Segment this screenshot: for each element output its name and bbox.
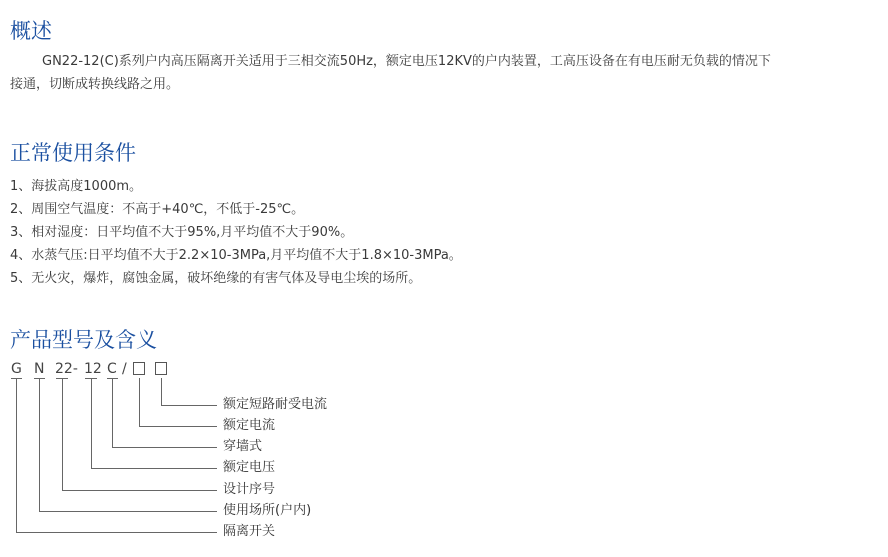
condition-item: 2、周围空气温度：不高于+40℃，不低于-25℃。 xyxy=(10,202,304,218)
model-title: 产品型号及含义 xyxy=(10,328,157,352)
label-rated-current: 额定电流 xyxy=(223,418,275,434)
condition-item: 4、水蒸气压:日平均值不大于2.2×10-3MPa,月平均值不大于1.8×10-… xyxy=(10,248,462,264)
stem-switch xyxy=(16,378,17,532)
label-rated-voltage: 额定电压 xyxy=(223,460,275,476)
leader xyxy=(161,405,217,406)
label-design-number: 设计序号 xyxy=(223,482,275,498)
label-wall-type: 穿墙式 xyxy=(223,439,262,455)
leader xyxy=(39,511,217,512)
code-part-series: 22- xyxy=(55,361,78,377)
overview-text-line1: GN22-12(C)系列户内高压隔离开关适用于三相交流50Hz，额定电压12KV… xyxy=(42,54,771,70)
stem-short-circuit xyxy=(161,378,162,405)
overview-title: 概述 xyxy=(10,19,52,43)
conditions-title: 正常使用条件 xyxy=(10,141,136,165)
label-short-circuit-current: 额定短路耐受电流 xyxy=(223,397,327,413)
code-box-current xyxy=(133,362,145,375)
label-isolating-switch: 隔离开关 xyxy=(223,524,275,540)
leader xyxy=(16,532,217,533)
code-part-c: C xyxy=(107,361,117,377)
code-box-short-circuit xyxy=(155,362,167,375)
overview-text-line2: 接通，切断成转换线路之用。 xyxy=(10,77,179,93)
stem-voltage xyxy=(91,378,92,468)
stem-wall xyxy=(112,378,113,447)
stem-place xyxy=(39,378,40,511)
code-part-slash: / xyxy=(122,361,127,377)
condition-item: 3、相对湿度：日平均值不大于95%,月平均值不大于90%。 xyxy=(10,225,353,241)
code-part-n: N xyxy=(34,361,44,377)
leader xyxy=(62,490,217,491)
label-usage-place: 使用场所(户内) xyxy=(223,503,311,519)
stem-current xyxy=(139,378,140,426)
stem-design xyxy=(62,378,63,490)
code-part-voltage: 12 xyxy=(84,361,102,377)
condition-item: 1、海拔高度1000m。 xyxy=(10,179,142,195)
leader xyxy=(91,468,217,469)
code-part-g: G xyxy=(11,361,22,377)
leader xyxy=(112,447,217,448)
leader xyxy=(139,426,217,427)
condition-item: 5、无火灾，爆炸，腐蚀金属，破坏绝缘的有害气体及导电尘埃的场所。 xyxy=(10,271,421,287)
